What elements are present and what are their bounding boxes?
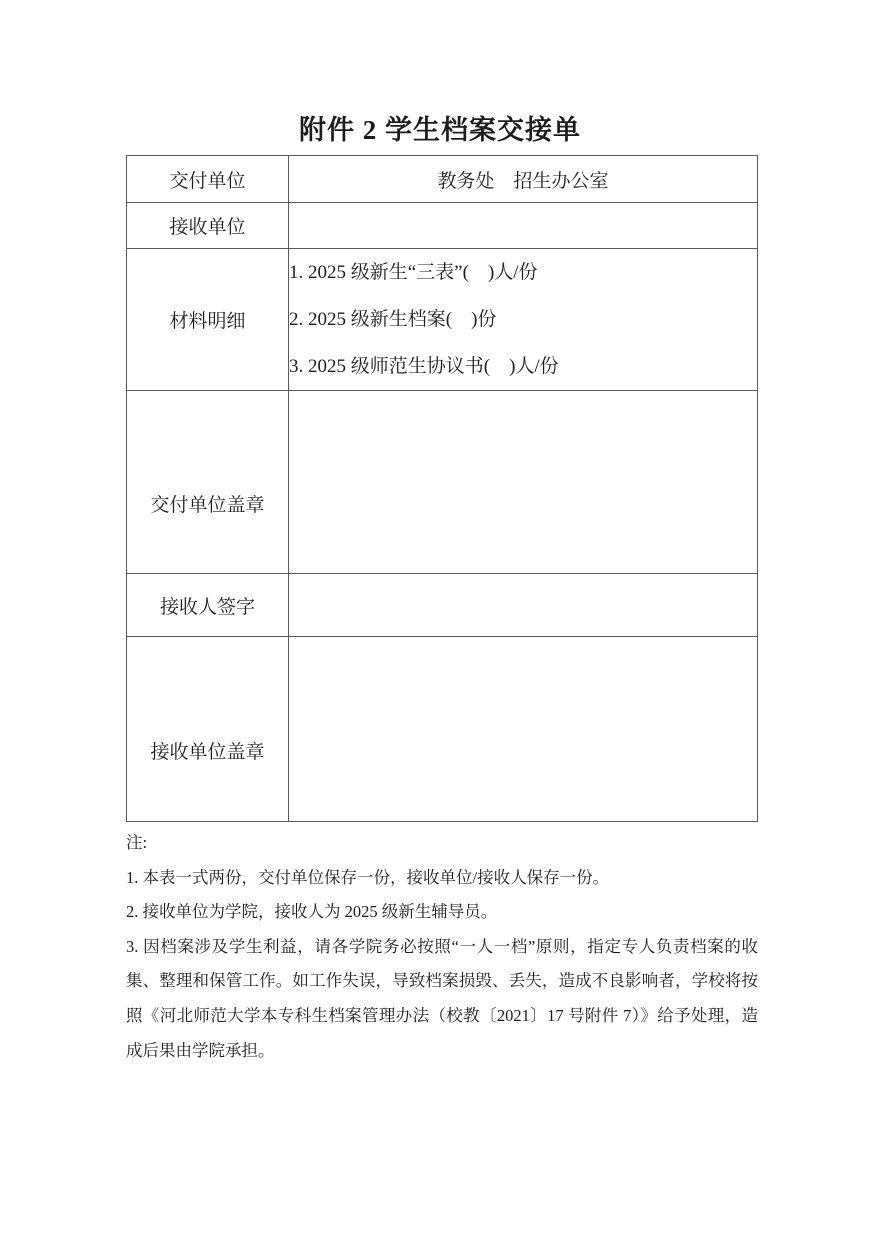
cell-value-receive-seal bbox=[289, 637, 758, 822]
table-row-material-detail: 材料明细 1. 2025 级新生“三表”( )人/份 2. 2025 级新生档案… bbox=[127, 249, 758, 391]
cell-value-receiver-signature bbox=[289, 574, 758, 637]
note-item-1: 1. 本表一式两份，交付单位保存一份，接收单位/接收人保存一份。 bbox=[126, 861, 758, 896]
note-item-2: 2. 接收单位为学院，接收人为 2025 级新生辅导员。 bbox=[126, 895, 758, 930]
material-item-2: 2. 2025 级新生档案( )份 bbox=[289, 296, 757, 343]
table-row-receive-seal: 接收单位盖章 bbox=[127, 637, 758, 822]
note-item-3: 3. 因档案涉及学生利益，请各学院务必按照“一人一档”原则，指定专人负责档案的收… bbox=[126, 930, 758, 1068]
cell-label-receiver-signature: 接收人签字 bbox=[127, 574, 289, 637]
notes-section: 注: 1. 本表一式两份，交付单位保存一份，接收单位/接收人保存一份。 2. 接… bbox=[126, 826, 758, 1068]
cell-label-receive-seal: 接收单位盖章 bbox=[127, 637, 289, 822]
material-item-1: 1. 2025 级新生“三表”( )人/份 bbox=[289, 249, 757, 296]
cell-label-material-detail: 材料明细 bbox=[127, 249, 289, 391]
notes-heading: 注: bbox=[126, 826, 758, 861]
table-row-deliver-unit: 交付单位 教务处 招生办公室 bbox=[127, 156, 758, 203]
table-row-deliver-seal: 交付单位盖章 bbox=[127, 391, 758, 574]
cell-value-material-detail: 1. 2025 级新生“三表”( )人/份 2. 2025 级新生档案( )份 … bbox=[289, 249, 758, 391]
cell-label-receive-unit: 接收单位 bbox=[127, 203, 289, 249]
cell-value-deliver-unit: 教务处 招生办公室 bbox=[289, 156, 758, 203]
table-row-receiver-signature: 接收人签字 bbox=[127, 574, 758, 637]
handover-table: 交付单位 教务处 招生办公室 接收单位 材料明细 1. 2025 级新生“三表”… bbox=[126, 155, 758, 822]
cell-value-deliver-seal bbox=[289, 391, 758, 574]
page-title: 附件 2 学生档案交接单 bbox=[0, 108, 880, 147]
table-row-receive-unit: 接收单位 bbox=[127, 203, 758, 249]
material-item-3: 3. 2025 级师范生协议书( )人/份 bbox=[289, 343, 757, 390]
cell-label-deliver-unit: 交付单位 bbox=[127, 156, 289, 203]
cell-label-deliver-seal: 交付单位盖章 bbox=[127, 391, 289, 574]
document-page: { "page": { "title": "附件 2 学生档案交接单" }, "… bbox=[0, 0, 880, 1244]
cell-value-receive-unit bbox=[289, 203, 758, 249]
